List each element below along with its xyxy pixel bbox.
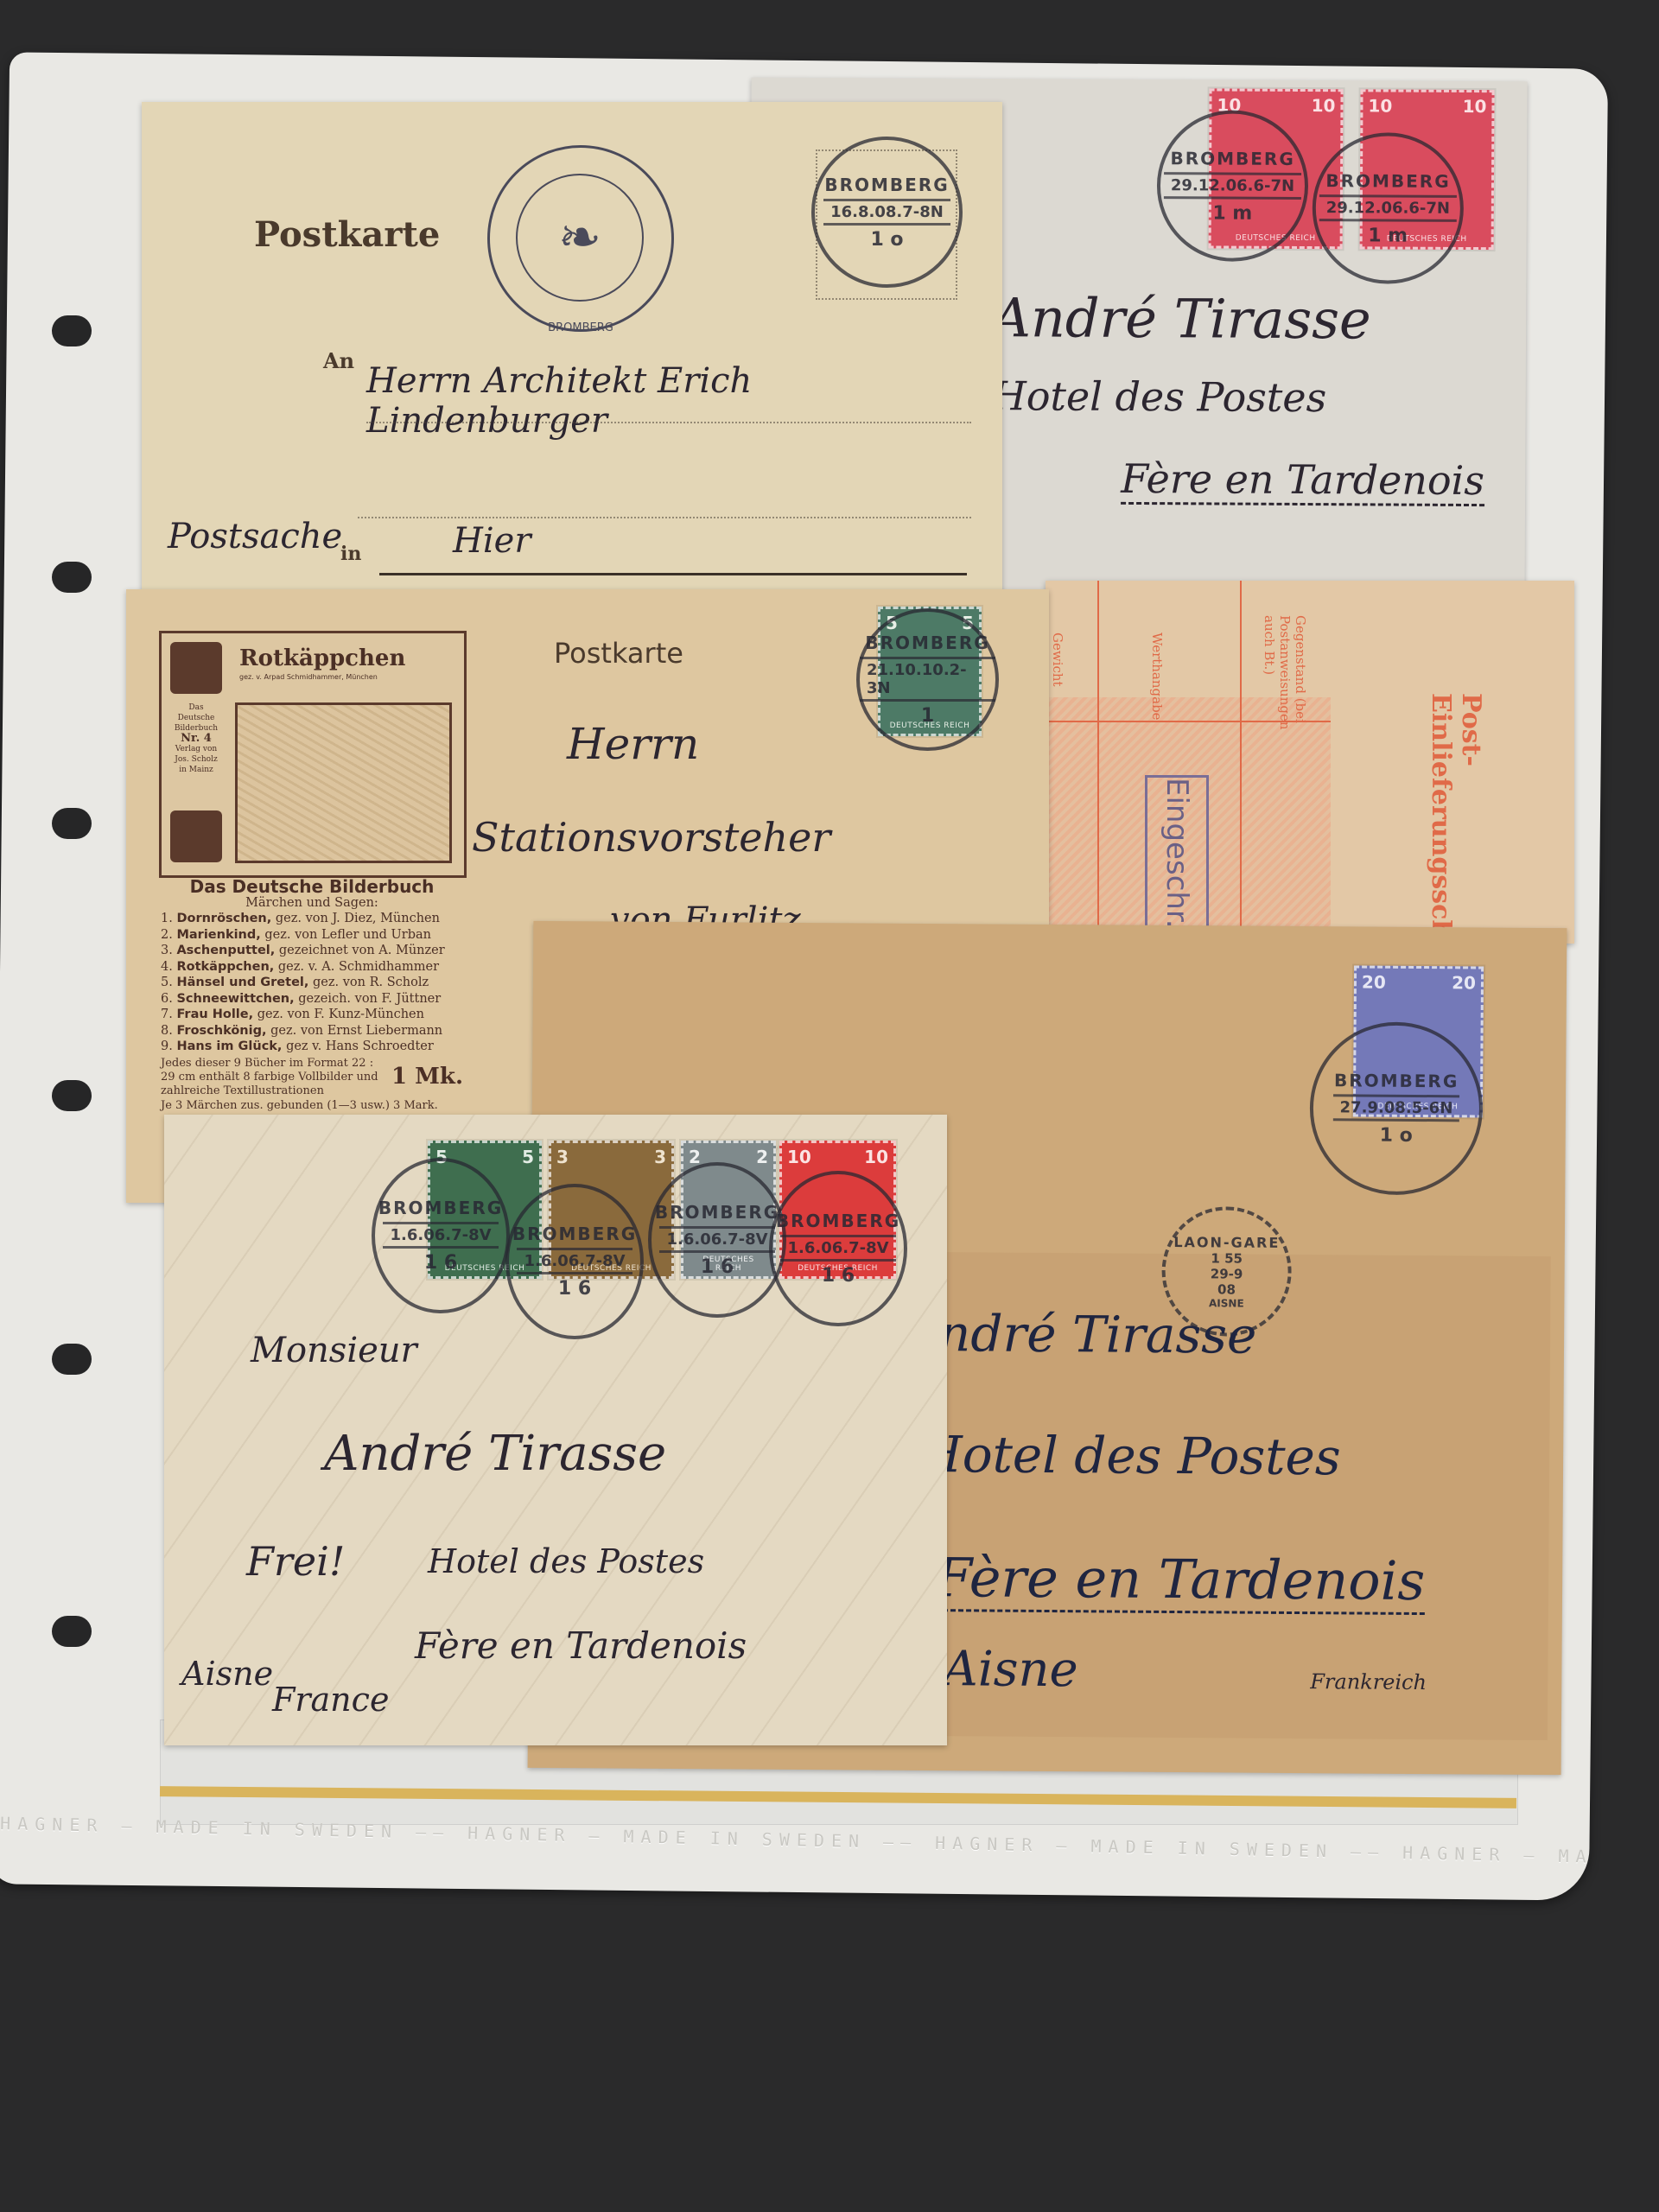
illustration-scene <box>235 702 452 863</box>
address-dotline <box>358 517 971 518</box>
postmark: BROMBERG 21.10.10.2-3N 1 <box>856 608 999 751</box>
postmark: BROMBERG 16.8.08.7-8N 1 o <box>811 137 963 288</box>
advert-list-item: 5. Hänsel und Gretel, gez. von R. Scholz <box>161 975 463 991</box>
ornament <box>170 810 222 862</box>
binder-hole <box>52 808 92 839</box>
address-line: Monsieur <box>251 1331 417 1370</box>
advert-book-list: Das Deutsche Bilderbuch Märchen und Sage… <box>161 879 463 1114</box>
binder-hole <box>52 562 92 593</box>
address-line: Fère en Tardenois <box>935 1546 1426 1615</box>
advert-list-item: 3. Aschenputtel, gezeichnet von A. Münze… <box>161 943 463 959</box>
postal-receipt: Gegenstand (bei Postanweisungen auch Bt.… <box>1046 581 1574 944</box>
address-line: André Tirasse <box>324 1426 666 1482</box>
advert-list-item: 9. Hans im Glück, gez v. Hans Schroedter <box>161 1039 463 1055</box>
cover-white: 55 DEUTSCHES REICH 33 DEUTSCHES REICH 22… <box>164 1115 947 1745</box>
rule <box>1240 581 1242 944</box>
city: Hier <box>453 521 531 561</box>
rule <box>1097 581 1099 944</box>
address-line: André Tirasse <box>992 286 1371 351</box>
postmark: BROMBERG 29.12.06.6-7N 1 m <box>1312 132 1464 284</box>
address-line: Hotel des Postes <box>428 1542 704 1580</box>
address-line: Aisne <box>181 1655 273 1693</box>
advert-list-item: 1. Dornröschen, gez. von J. Diez, Münche… <box>161 911 463 927</box>
receipt-title: Post-Einlieferungsschein <box>1426 693 1486 935</box>
advert-list-item: 4. Rotkäppchen, gez. v. A. Schmidhammer <box>161 959 463 976</box>
binder-hole <box>52 315 92 346</box>
advert-list-item: 2. Marienkind, gez. von Lefler und Urban <box>161 927 463 944</box>
postcard-official: Postkarte ❧ BROMBERG BROMBERG 16.8.08.7-… <box>142 102 1002 603</box>
binder-hole <box>52 1080 92 1111</box>
form-label: Gegenstand (bei Postanweisungen auch Bt.… <box>1262 615 1308 728</box>
official-seal: ❧ BROMBERG <box>487 145 674 332</box>
to-label: An <box>323 348 354 373</box>
address-line: Fère en Tardenois <box>415 1624 747 1667</box>
address-line: Hotel des Postes <box>992 372 1327 421</box>
advert-list-item: 7. Frau Holle, gez. von F. Kunz-München <box>161 1007 463 1023</box>
series-label: DasDeutscheBilderbuchNr. 4Verlag vonJos.… <box>170 702 222 775</box>
address-line: Aisne <box>943 1641 1078 1698</box>
card-title: Postkarte <box>554 637 683 670</box>
side-note: Postsache <box>168 517 342 556</box>
postmark: BROMBERG1.6.06.7-8V1 6 <box>372 1158 510 1313</box>
card-title: Postkarte <box>254 214 440 255</box>
address-dotline <box>366 422 971 423</box>
address-line: André Tirasse <box>902 1304 1257 1365</box>
address-line: Herrn Architekt Erich Lindenburger <box>366 361 1002 441</box>
handwritten-note: Frankreich <box>1310 1669 1427 1694</box>
address-line: Stationsvorsteher <box>472 814 830 861</box>
postmark: BROMBERG1.6.06.7-8V1 6 <box>769 1171 907 1326</box>
postmark: BROMBERG1.6.06.7-8V1 6 <box>505 1184 644 1339</box>
address-line: France <box>272 1681 389 1719</box>
address-line: Herrn <box>567 719 699 769</box>
binder-hole <box>52 1616 92 1647</box>
postmark: BROMBERG1.6.06.7-8V1 6 <box>648 1162 786 1318</box>
form-label: Werthangabe <box>1149 632 1165 719</box>
underline <box>379 573 967 575</box>
binder-hole <box>52 1344 92 1375</box>
address-line: Hotel des Postes <box>918 1425 1341 1486</box>
address-line: Fère en Tardenois <box>1121 455 1484 506</box>
advert-list-item: 8. Froschkönig, gez. von Ernst Lieberman… <box>161 1023 463 1039</box>
postmark: BROMBERG 27.9.08.5-6N 1 o <box>1309 1021 1483 1195</box>
advert-illustration: Rotkäppchen gez. v. Arpad Schmidhammer, … <box>159 631 467 878</box>
form-label: Gewicht <box>1050 632 1065 719</box>
advert-list-item: 6. Schneewittchen, gezeich. von F. Jüttn… <box>161 991 463 1007</box>
in-label: in <box>340 543 361 565</box>
handwritten-note: Frei! <box>246 1538 345 1585</box>
postmark: BROMBERG 29.12.06.6-7N 1 m <box>1157 110 1309 262</box>
eagle-icon: ❧ <box>516 174 644 302</box>
ornament <box>170 642 222 694</box>
